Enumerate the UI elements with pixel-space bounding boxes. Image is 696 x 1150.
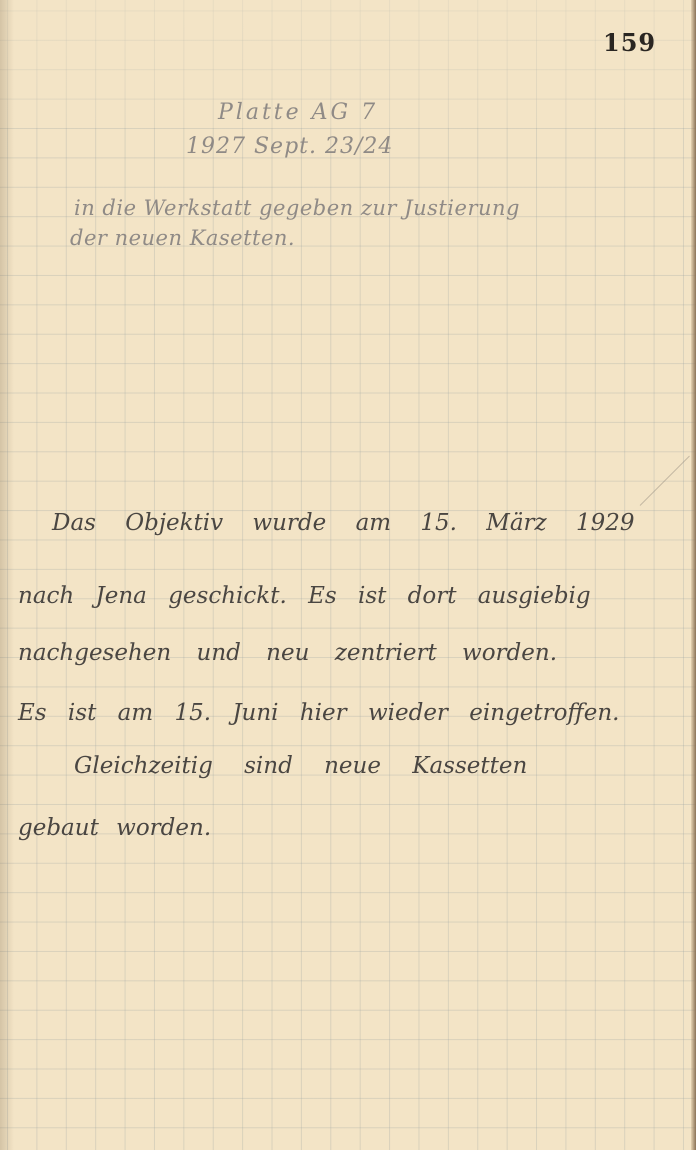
entry2-line-3: nachgesehen und neu zentriert worden. bbox=[18, 640, 557, 666]
entry2-line-2: nach Jena geschickt. Es ist dort ausgieb… bbox=[18, 583, 591, 609]
page-number: 159 bbox=[603, 28, 656, 57]
plate-heading: Platte AG 7 bbox=[218, 100, 378, 125]
entry1-line-1: in die Werkstatt gegeben zur Justierung bbox=[74, 196, 520, 220]
entry2-line-4: Es ist am 15. Juni hier wieder eingetrof… bbox=[18, 700, 619, 726]
entry1-line-2: der neuen Kasetten. bbox=[70, 226, 295, 250]
entry2-line-5: Gleichzeitig sind neue Kassetten bbox=[74, 753, 527, 779]
page-edge bbox=[691, 0, 696, 1150]
notebook-page: 159 Platte AG 7 1927 Sept. 23/24 in die … bbox=[0, 0, 696, 1150]
entry2-line-1: Das Objektiv wurde am 15. März 1929 bbox=[52, 510, 635, 536]
binding-shadow bbox=[0, 0, 14, 1150]
entry2-line-6: gebaut worden. bbox=[18, 815, 211, 841]
date-heading: 1927 Sept. 23/24 bbox=[186, 134, 393, 159]
margin-stroke bbox=[640, 456, 690, 506]
